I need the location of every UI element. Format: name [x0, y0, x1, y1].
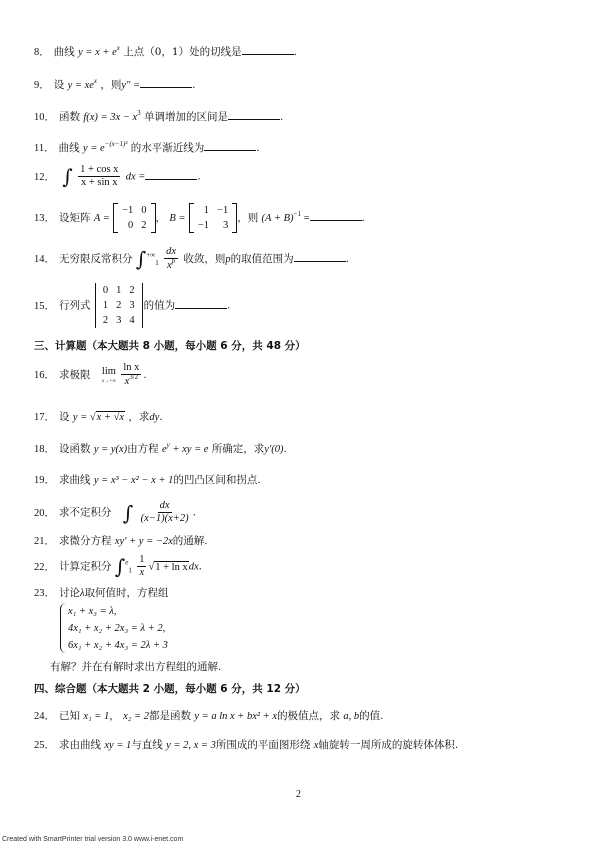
fraction: dx xp	[164, 246, 178, 272]
question-18: 18．设函数 y = y(x)由方程 ey + xy = e 所确定，求y′(0…	[34, 442, 287, 457]
answer-blank[interactable]	[294, 251, 346, 262]
integral-sign: ∫	[123, 501, 133, 525]
question-25: 25．求由曲线 xy = 1与直线 y = 2, x = 3所围成的平面图形绕 …	[34, 738, 458, 753]
question-19: 19．求曲线 y = x³ − x² − x + 1的凹凸区间和拐点.	[34, 473, 261, 488]
answer-blank[interactable]	[228, 109, 280, 120]
section-3-heading: 三、计算题（本大题共 8 小题，每小题 6 分，共 48 分）	[34, 339, 306, 353]
matrix-a: −10 02	[113, 203, 155, 233]
question-13: 13．设矩阵 A = −10 02 ， B = 1−1 −13 ，则 (A + …	[34, 203, 365, 233]
integral-sign: ∫	[115, 555, 125, 579]
fraction: dx (x−1)(x+2)	[139, 500, 191, 525]
determinant: 012 123 234	[94, 283, 144, 328]
question-17: 17．设 y = √x + √x ，求dy.	[34, 410, 163, 425]
matrix-b: 1−1 −13	[189, 203, 237, 233]
question-16: 16．求极限 lim x→+∞ ln x x3/2 .	[34, 362, 147, 388]
question-21: 21．求微分方程 xy′ + y = −2x的通解.	[34, 534, 208, 549]
question-15: 15．行列式 012 123 234 的值为.	[34, 283, 230, 328]
answer-blank[interactable]	[242, 44, 294, 55]
integral-sign: ∫	[136, 247, 146, 271]
question-23-continuation: 有解？并在有解时求出方程组的通解.	[50, 660, 221, 674]
left-brace	[60, 603, 67, 653]
fraction: 1 x	[137, 554, 146, 579]
answer-blank[interactable]	[310, 210, 362, 221]
question-14: 14．无穷限反常积分 ∫+∞1 dx xp 收敛，则p的取值范围为.	[34, 246, 349, 272]
question-20: 20．求不定积分 ∫ dx (x−1)(x+2) .	[34, 500, 196, 525]
question-24: 24．已知 x₁ = 1， x₂ = 2都是函数 y = a ln x + bx…	[34, 709, 384, 724]
section-4-heading: 四、综合题（本大题共 2 小题，每小题 6 分，共 12 分）	[34, 682, 306, 696]
fraction: ln x x3/2	[121, 362, 141, 388]
question-23: 23．讨论λ取何值时，方程组	[34, 586, 169, 601]
answer-blank[interactable]	[145, 169, 197, 180]
question-22: 22．计算定积分 ∫e1 1 x √1 + ln xdx.	[34, 554, 202, 579]
answer-blank[interactable]	[140, 77, 192, 88]
question-8: 8．曲线 y = x + ex 上点（0，1）处的切线是.	[34, 44, 297, 60]
integral-sign: ∫	[62, 165, 72, 189]
question-12: 12． ∫ 1 + cos x x + sin x dx =.	[34, 164, 201, 189]
question-11: 11．曲线 y = e−(x−1)² 的水平渐近线为.	[34, 140, 260, 156]
page-number: 2	[296, 789, 301, 800]
limit: lim x→+∞	[102, 365, 116, 385]
answer-blank[interactable]	[175, 298, 227, 309]
fraction: 1 + cos x x + sin x	[78, 164, 120, 189]
answer-blank[interactable]	[204, 140, 256, 151]
equation-system: x₁ + x₃ = λ, 4x₁ + x₂ + 2x₃ = λ + 2, 6x₁…	[60, 603, 168, 654]
footer-watermark: Created with SmartPrinter trial version …	[2, 836, 183, 843]
question-10: 10．函数 f(x) = 3x − x3 单调增加的区间是.	[34, 109, 283, 125]
question-9: 9．设 y = xex ，则y″ =.	[34, 77, 195, 93]
